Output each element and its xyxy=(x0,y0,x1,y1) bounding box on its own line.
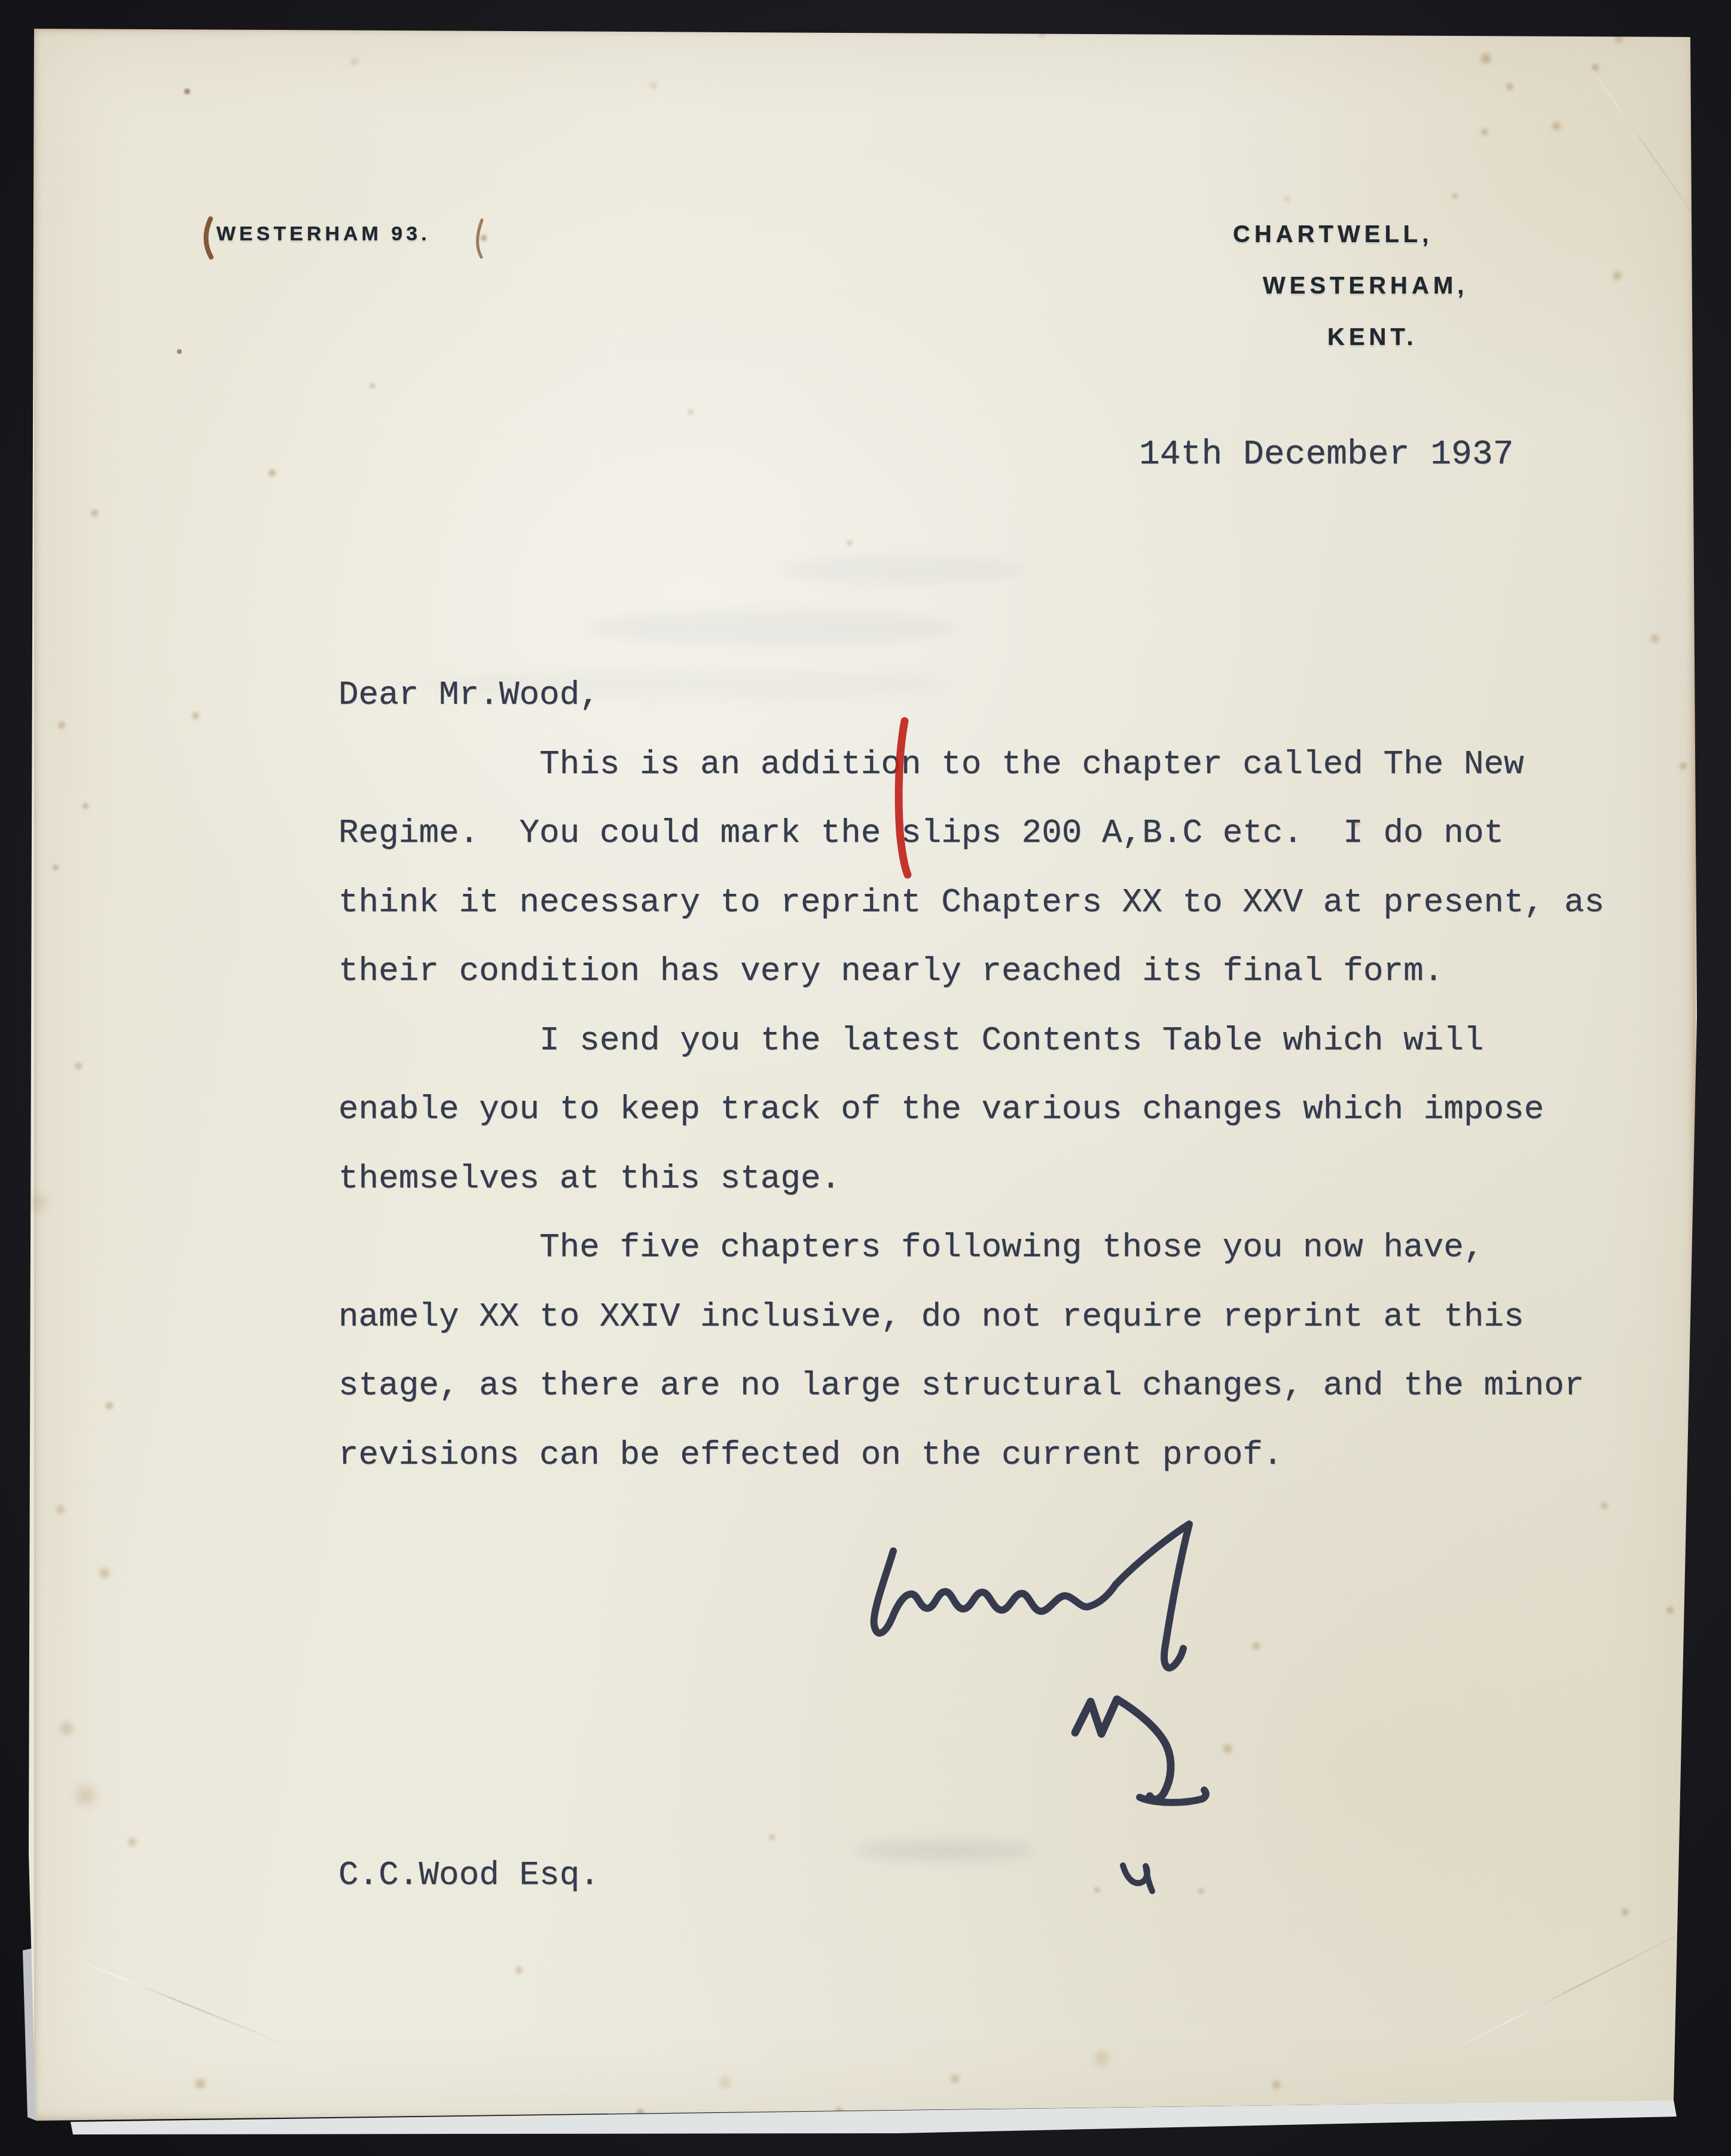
photograph-background: { "page": { "background_color": "#1b1b21… xyxy=(0,0,1731,2156)
paper-edge-shading xyxy=(34,29,1696,2121)
letter-sheet: WESTERHAM 93. CHARTWELL, WESTERHAM, KENT… xyxy=(0,0,1731,2156)
foxing-stains xyxy=(0,0,4,4)
